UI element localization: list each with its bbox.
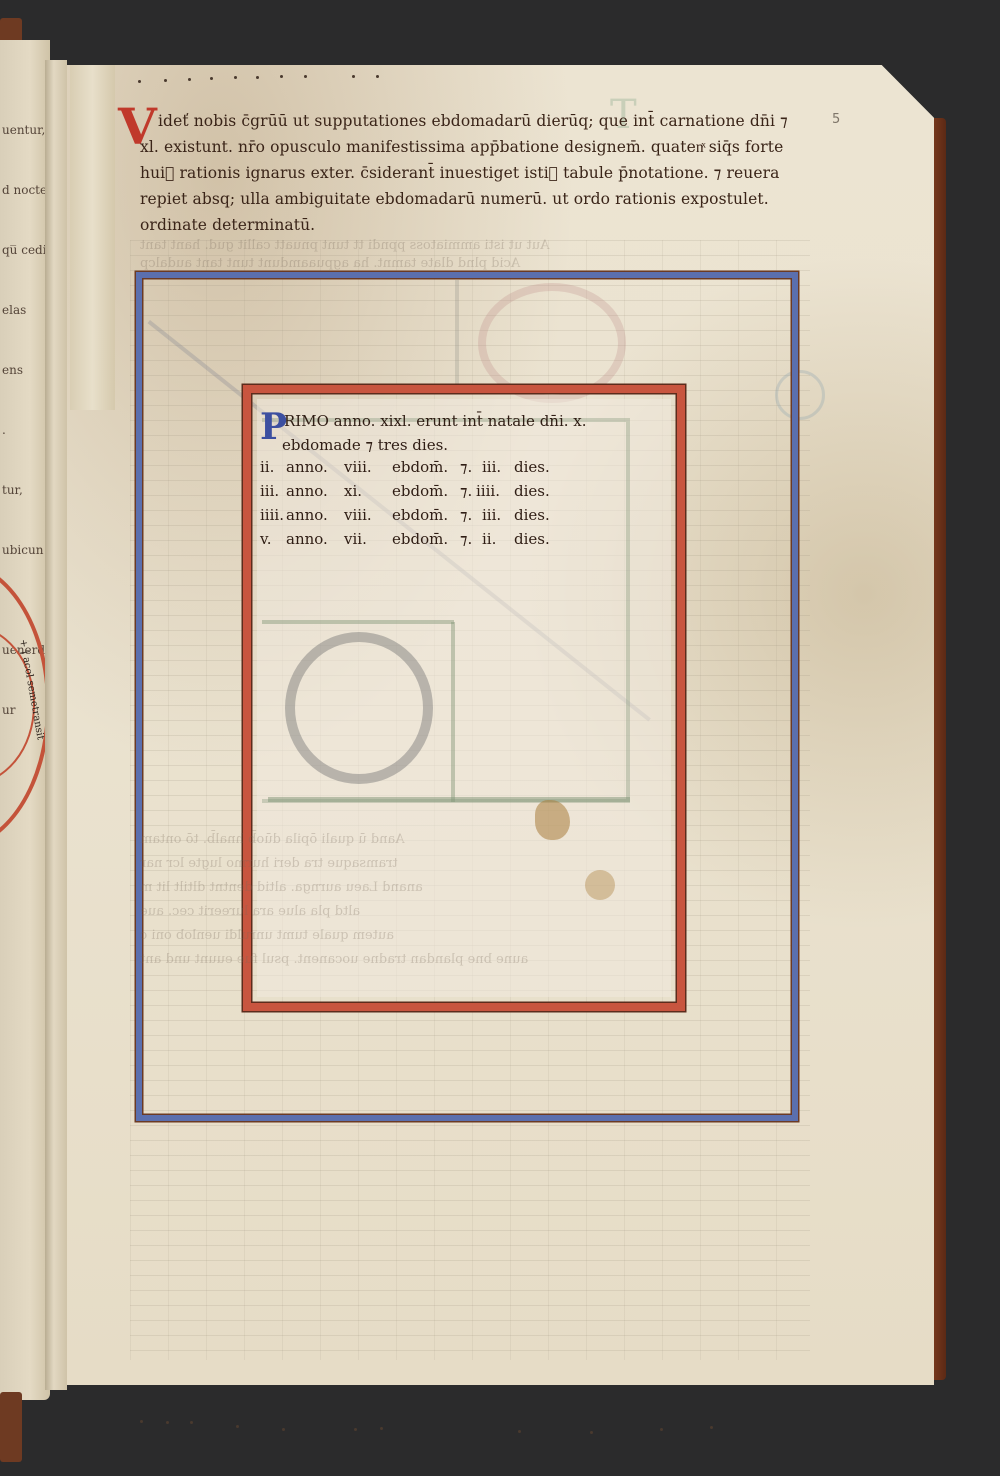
table-intro-line: ebdomade ⁊ tres dies. [282, 436, 448, 454]
show-through-text-line: Aut ut isti ammiatoss ppndi tt tunt pnua… [140, 238, 550, 253]
prick-mark [660, 1428, 663, 1431]
prick-mark [380, 1427, 383, 1430]
folio-number: 5 [832, 112, 840, 127]
prick-mark [256, 76, 259, 79]
heading-line: ordinate determinatū. [140, 216, 315, 234]
prick-mark [376, 75, 379, 78]
show-through-text-line: Acid plnd dlate tamnt. ha agpuaamdunt tu… [140, 256, 520, 271]
heading-line: repiet absq; ulla ambiguitate ebdomadarū… [140, 190, 769, 208]
show-through-circle-grey [285, 632, 433, 784]
show-through-text-line: Aand ū quali ōpila dūob̄ hnalb̄. tō onta… [140, 832, 405, 847]
show-through-text-line: aune bne plandan tradne uocanent. psul f… [140, 952, 528, 967]
prick-mark [166, 1421, 169, 1424]
prick-mark [210, 77, 213, 80]
prick-mark [304, 75, 307, 78]
show-through-line [451, 622, 455, 802]
show-through-text-line: anand Laeu aurnga. altid dentnt dltilt l… [140, 880, 423, 895]
heading-line: hui᷒ rationis ignarus exter. c̄siderant̄… [140, 164, 779, 182]
prick-mark [140, 1420, 143, 1423]
prick-mark [352, 75, 355, 78]
heading-line: xl. existunt. nr̄o opusculo manifestissi… [140, 138, 783, 157]
prick-mark [280, 75, 283, 78]
repair-strip [70, 65, 115, 410]
stain [585, 870, 615, 900]
heading-line: ideť nobis c̄grūū ut supputationes ebdom… [158, 112, 788, 130]
show-through-line [262, 620, 454, 624]
binding-edge-bottom [0, 1392, 22, 1462]
prick-mark [138, 80, 141, 83]
prick-mark [236, 1425, 239, 1428]
prick-mark [590, 1431, 593, 1434]
show-through-text-line: autem quale tumt unruldi uenlob oni c [140, 928, 394, 943]
binding-gutter [45, 60, 67, 1390]
show-through-line [268, 797, 630, 802]
table-intro-line: RIMO anno. xixl. erunt int̄ natale dn̄i.… [284, 412, 587, 430]
prick-mark [190, 1421, 193, 1424]
prick-mark [164, 79, 167, 82]
prick-mark [234, 76, 237, 79]
prick-mark [710, 1426, 713, 1429]
show-through-text-line: altd pla alue ara lureerit cec. aue [140, 904, 360, 919]
prick-mark [188, 78, 191, 81]
prick-mark [518, 1430, 521, 1433]
prick-mark [282, 1428, 285, 1431]
show-through-text-line: tramsaque tra deri hurmo lugte lcr nar [140, 856, 398, 871]
stain [535, 800, 570, 840]
binding-edge-right [932, 118, 946, 1380]
prick-mark [354, 1428, 357, 1431]
